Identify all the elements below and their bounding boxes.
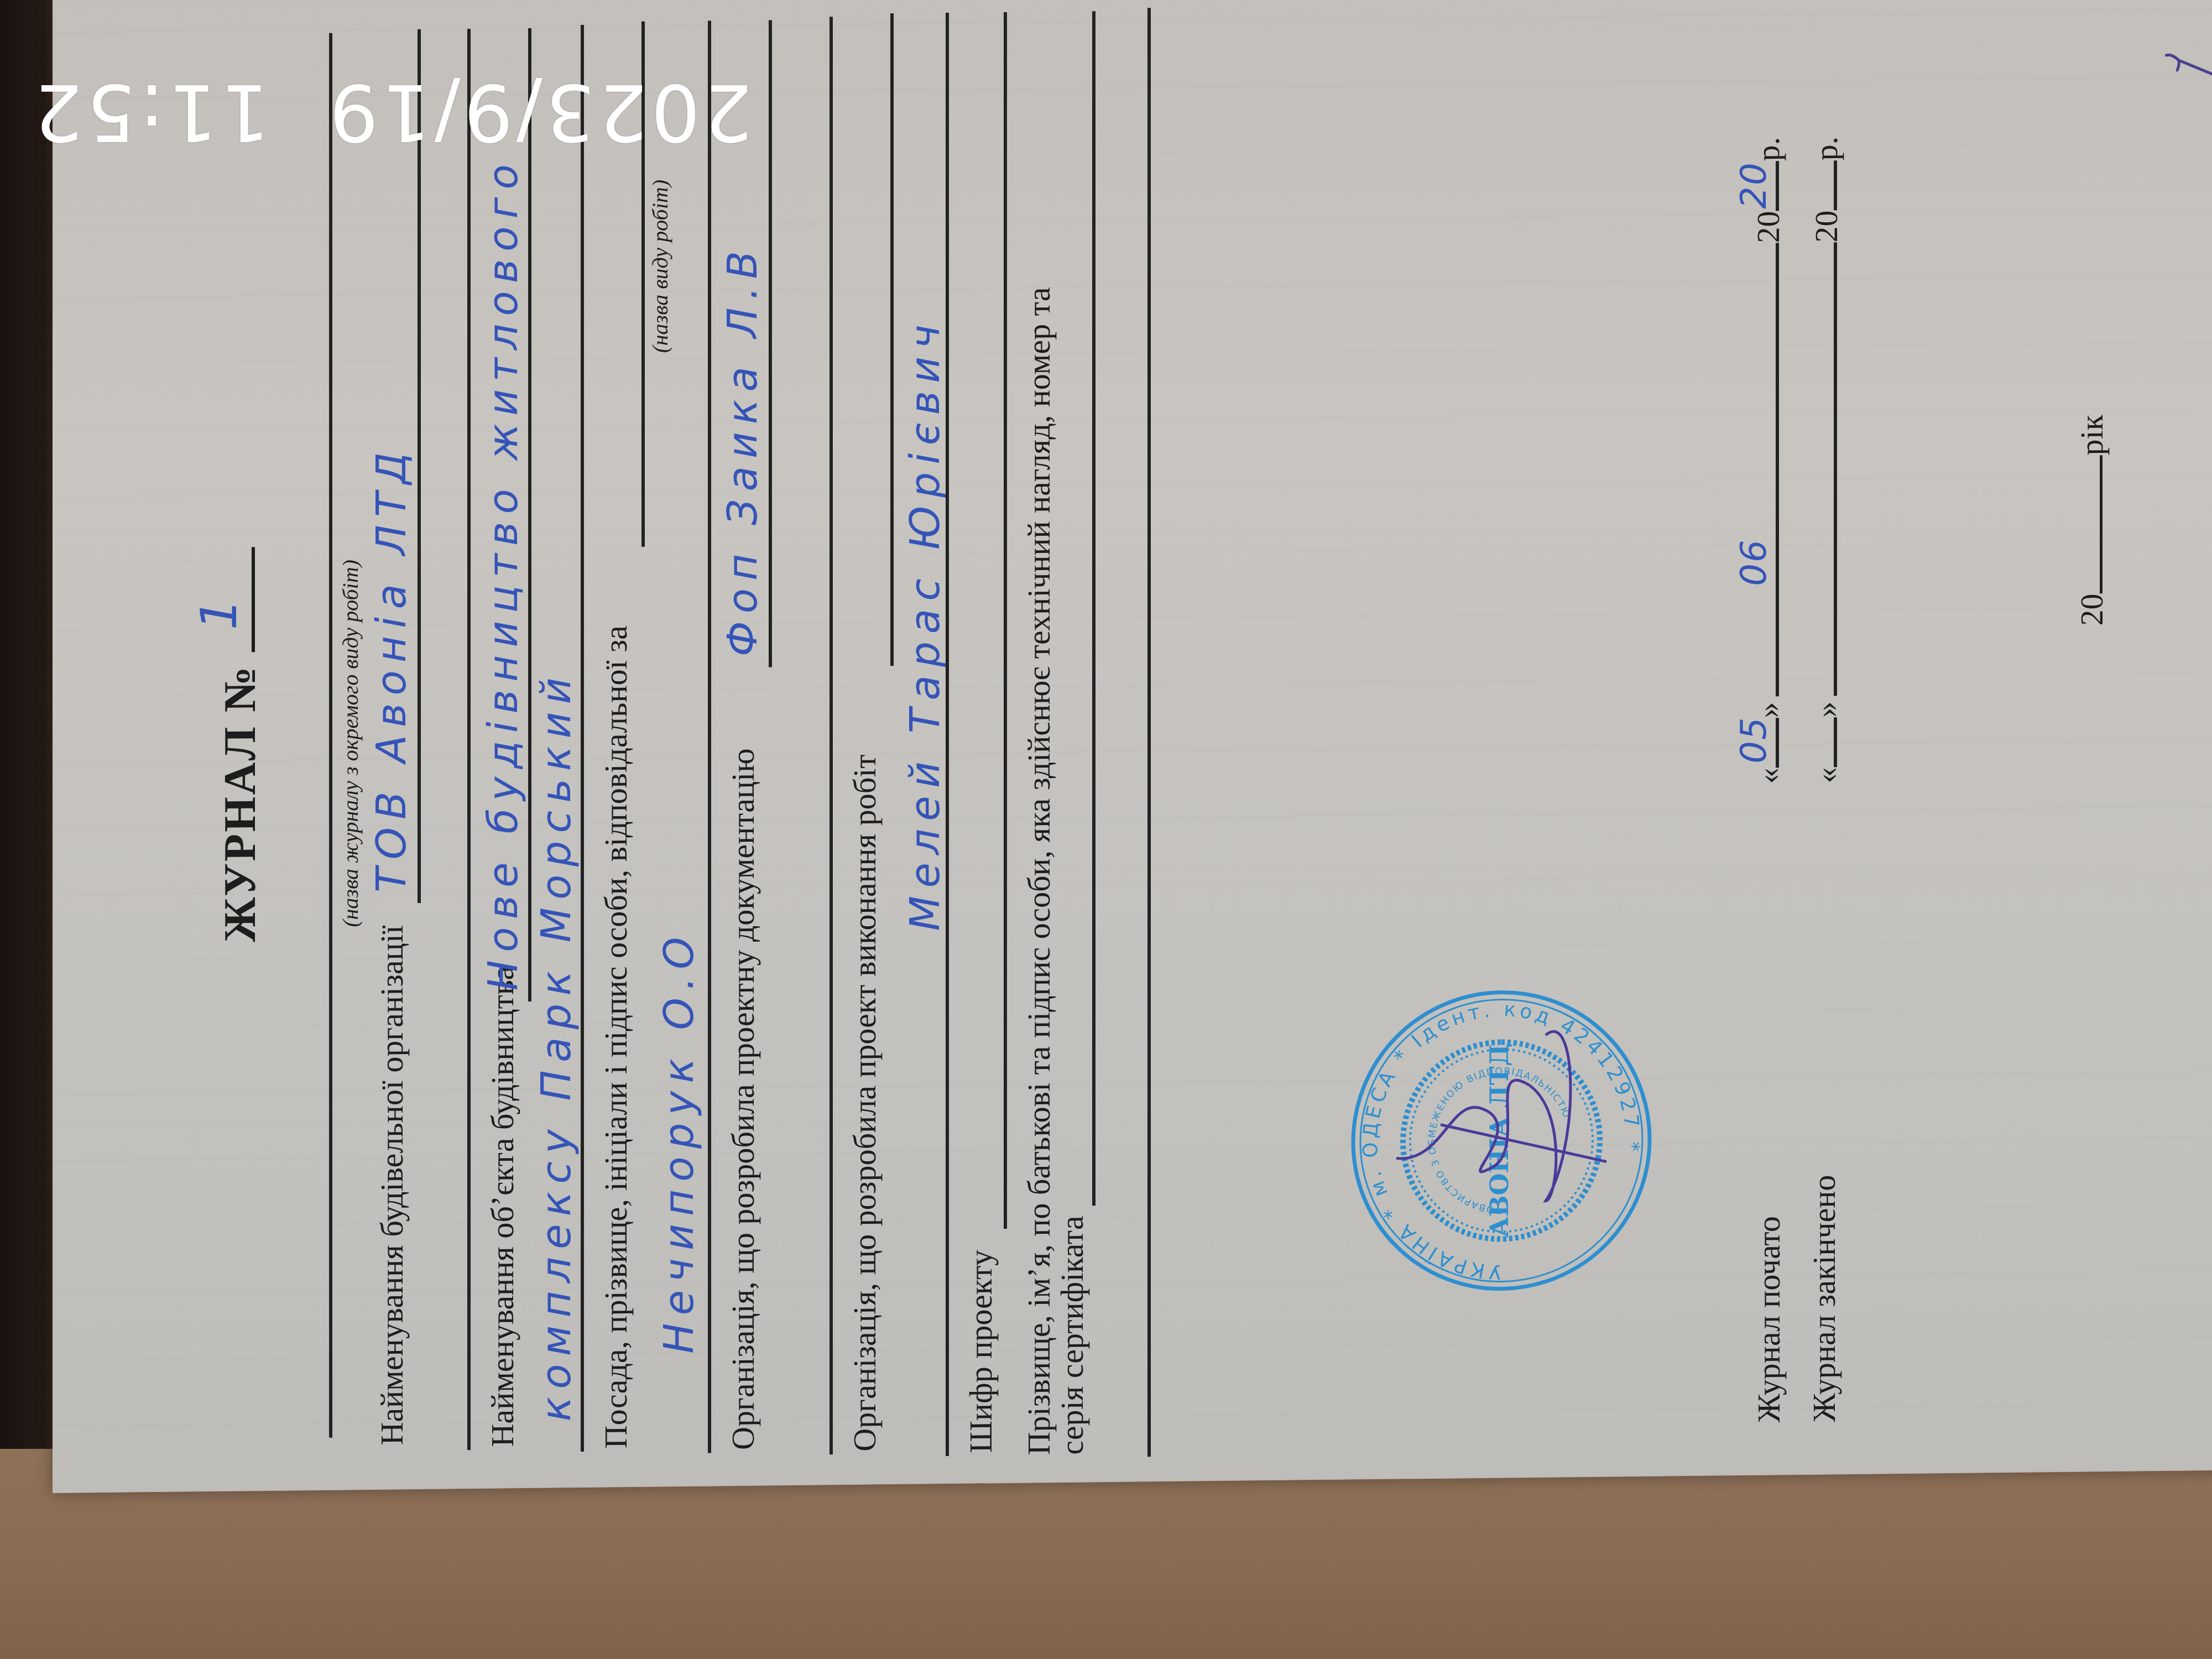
journal-finished-day [1803,717,1837,768]
journal-started-month: 06 [1734,539,1775,586]
construction-org-label: Найменування будівельної організації [373,925,410,1446]
construction-object-line-1[interactable] [528,28,531,1001]
tech-supervision-line-2[interactable] [1147,8,1151,1457]
journal-started-date[interactable]: « 05 » 06 20 20 р. [1745,137,1787,784]
construction-org-line[interactable] [418,29,421,903]
construction-object-value-2: комплексу Парк Морський [533,670,580,1422]
construction-object-label: Найменування об’єкта будівництва [484,966,521,1447]
journal-started-year: 20 [1734,161,1775,209]
tech-supervision-label-1: Прізвище, ім’я, по батькові та підпис ос… [1020,287,1057,1455]
project-docs-org-line-2[interactable] [830,17,833,1454]
journal-finished-year-prefix: 20 [1808,210,1844,243]
journal-title: ЖУРНАЛ № 1 [213,0,266,1491]
project-docs-org-value: Фоп Заика Л.В [719,243,766,656]
year-line-suffix: рік [2074,415,2110,456]
project-docs-org-label: Організація, що розробила проектну докум… [724,748,761,1450]
construction-object-value-1: Нове будівництво житлового [479,156,527,991]
journal-started-year-prefix: 20 [1750,211,1786,243]
journal-started-day: 05 [1734,716,1775,764]
journal-name-line[interactable] [329,33,332,1438]
project-code-line[interactable] [1004,12,1007,1229]
works-plan-org-label: Організація, що розробила проект виконан… [846,754,883,1452]
journal-finished-date[interactable]: «»20р. [1803,137,1845,784]
responsible-person-line[interactable] [708,21,711,1453]
year-line[interactable]: 20рік [2071,415,2110,626]
journal-finished-label: Журнал закінчено [1806,1175,1843,1422]
journal-number-field[interactable]: 1 [213,547,255,653]
journal-name-caption: (назва журналу з окремого виду робіт) [337,0,363,1490]
works-plan-org-line-2[interactable] [946,13,949,1456]
works-plan-org-line[interactable] [890,13,894,666]
journal-title-text: ЖУРНАЛ № [215,665,265,942]
project-code-label: Шифр проекту [962,1250,999,1453]
responsible-person-label: Посада, прізвище, ініціали і підпис особ… [597,625,634,1449]
dark-background-edge [0,0,55,1659]
responsible-person-value: Нечипорук О.О [655,929,703,1354]
responsible-work-type-caption: (назва виду робіт) [647,180,673,353]
construction-object-line-2[interactable] [581,25,584,1452]
tech-supervision-label-2: серія сертифіката [1053,1215,1091,1455]
journal-finished-unit: р. [1808,137,1844,161]
journal-started-unit: р. [1750,137,1786,161]
organization-stamp: УКРАЇНА * м. ОДЕСА * Ідент. код 42412927… [1347,984,1656,1297]
construction-org-line-2[interactable] [467,29,471,1450]
journal-title-page: ЖУРНАЛ № 1 (назва журналу з окремого вид… [53,0,2212,1493]
year-line-prefix: 20 [2074,593,2110,626]
journal-finished-month [1803,242,1837,696]
works-plan-org-value: Мелей Тарас Юрієвич [901,317,949,931]
construction-org-value: ТОВ Авоніа ЛТД [368,444,415,893]
journal-number-value: 1 [190,591,248,630]
journal-started-label: Журнал почато [1750,1216,1787,1423]
photo-timestamp: 2023/9/19 11:52 [30,66,753,156]
year-line-blank [2071,455,2103,594]
journal-finished-year [1803,160,1837,211]
project-docs-org-line[interactable] [769,20,772,667]
corner-pen-mark-icon [2165,53,2212,77]
tech-supervision-line[interactable] [1092,11,1095,1206]
